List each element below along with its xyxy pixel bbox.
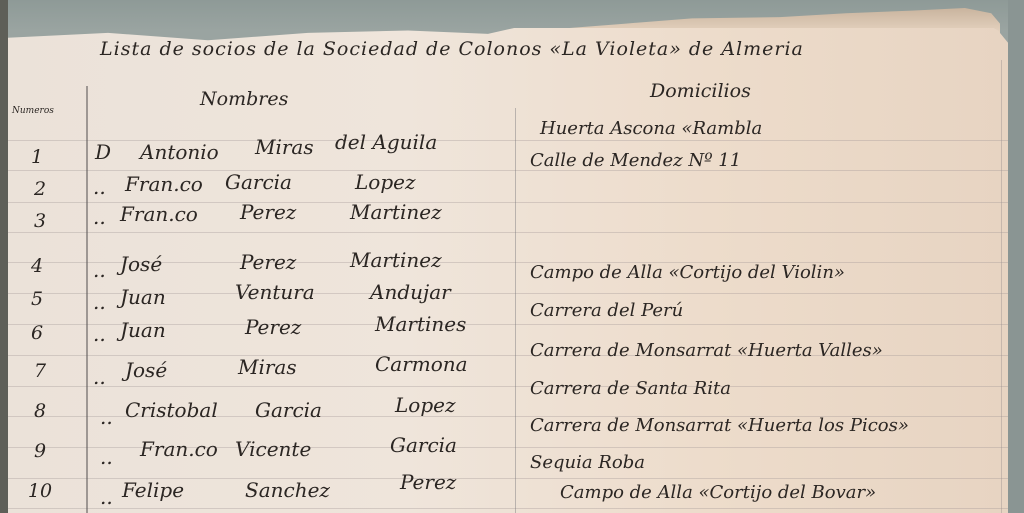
row-first-name: Fran.co <box>140 437 218 461</box>
row-number: 10 <box>20 480 60 502</box>
row-prefix: .. <box>93 258 106 282</box>
row-surname2: Martinez <box>350 248 442 272</box>
row-number: 3 <box>20 210 60 232</box>
row-first-name: Fran.co <box>120 202 198 226</box>
row-surname1: Garcia <box>225 170 292 194</box>
row-surname1: Miras <box>238 355 297 379</box>
row-first-name: Cristobal <box>125 398 218 422</box>
row-surname2: Martinez <box>350 200 442 224</box>
row-address: Campo de Alla «Cortijo del Violin» <box>530 262 845 283</box>
row-first-name: José <box>120 252 162 276</box>
row-address: Campo de Alla «Cortijo del Bovar» <box>560 482 876 503</box>
row-surname1: Sanchez <box>245 478 330 502</box>
row-address: Carrera de Monsarrat «Huerta los Picos» <box>530 415 909 436</box>
row-address: Carrera de Monsarrat «Huerta Valles» <box>530 340 883 361</box>
row-number: 8 <box>20 400 60 422</box>
row-surname2: Garcia <box>390 433 457 457</box>
row-prefix: .. <box>93 290 106 314</box>
row-surname1: Miras <box>255 135 314 159</box>
row-address: Huerta Ascona «Rambla <box>540 118 762 139</box>
row-prefix: .. <box>100 445 113 469</box>
ruled-line <box>8 508 1008 509</box>
row-first-name: Juan <box>120 318 166 342</box>
row-number: 1 <box>17 146 57 168</box>
row-first-name: Fran.co <box>125 172 203 196</box>
row-surname2: del Aguila <box>335 130 437 154</box>
row-prefix: .. <box>93 322 106 346</box>
row-surname2: Lopez <box>395 393 456 417</box>
row-surname2: Martines <box>375 312 466 336</box>
row-first-name: Felipe <box>122 478 184 502</box>
row-number: 5 <box>17 288 57 310</box>
row-address: Carrera de Santa Rita <box>530 378 731 399</box>
ruled-line <box>8 170 1008 171</box>
row-prefix: D <box>95 140 111 164</box>
row-prefix: .. <box>100 485 113 509</box>
row-number: 6 <box>17 322 57 344</box>
row-prefix: .. <box>93 175 106 199</box>
row-first-name: José <box>125 358 167 382</box>
row-surname1: Garcia <box>255 398 322 422</box>
row-surname1: Perez <box>240 200 296 224</box>
row-surname1: Vicente <box>235 437 311 461</box>
column-divider <box>515 108 516 513</box>
row-number: 4 <box>17 255 57 277</box>
row-prefix: .. <box>100 405 113 429</box>
row-number: 7 <box>20 360 60 382</box>
document-title: Lista de socios de la Sociedad de Colono… <box>100 38 804 60</box>
row-surname2: Perez <box>400 470 456 494</box>
row-address: Sequia Roba <box>530 452 645 473</box>
row-surname1: Perez <box>240 250 296 274</box>
ruled-line <box>8 386 1008 387</box>
row-surname1: Perez <box>245 315 301 339</box>
header-addresses: Domicilios <box>650 80 751 102</box>
row-first-name: Juan <box>120 285 166 309</box>
row-surname2: Carmona <box>375 352 468 376</box>
row-number: 2 <box>20 178 60 200</box>
right-margin-line <box>1001 60 1002 513</box>
background-left <box>0 0 8 513</box>
margin-line <box>86 86 88 513</box>
row-prefix: .. <box>93 365 106 389</box>
background-right <box>1008 0 1024 513</box>
row-surname1: Ventura <box>235 280 315 304</box>
row-number: 9 <box>20 440 60 462</box>
row-address: Carrera del Perú <box>530 300 683 321</box>
row-surname2: Lopez <box>355 170 416 194</box>
header-names: Nombres <box>200 88 288 110</box>
ruled-line <box>8 232 1008 233</box>
row-first-name: Antonio <box>140 140 219 164</box>
header-numbers: Numeros <box>12 106 54 116</box>
row-prefix: .. <box>93 205 106 229</box>
row-address: Calle de Mendez Nº 11 <box>530 150 741 171</box>
row-surname2: Andujar <box>370 280 451 304</box>
